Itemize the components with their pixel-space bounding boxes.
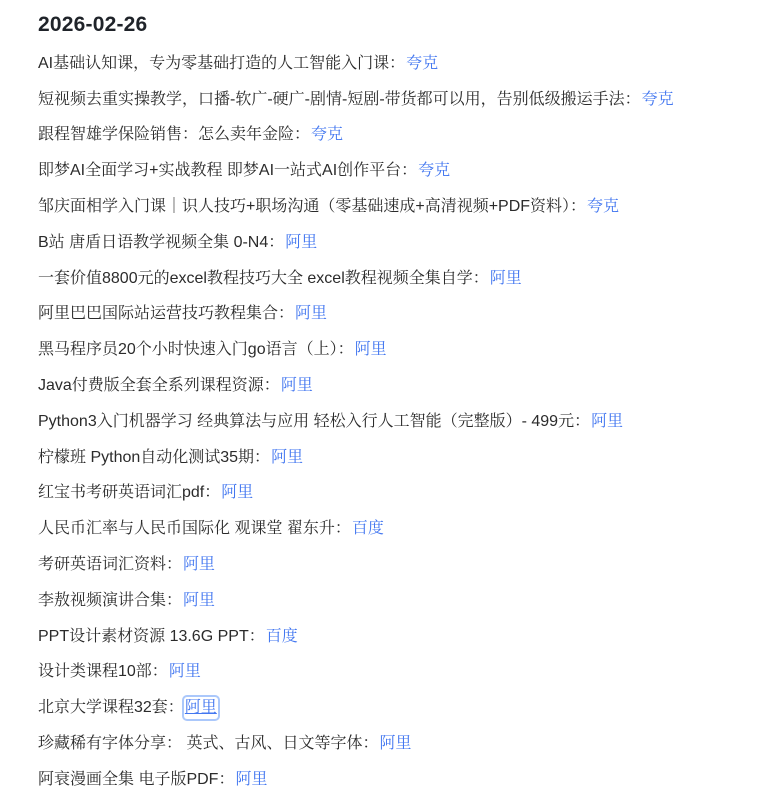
item-text: B站 唐盾日语教学视频全集 0-N4：	[38, 232, 284, 254]
item-link[interactable]: 夸克	[586, 196, 620, 218]
item-link[interactable]: 阿里	[182, 554, 216, 576]
item-text: 李敖视频演讲合集：	[38, 590, 182, 612]
list-item: Java付费版全套全系列课程资源：阿里	[38, 368, 747, 404]
list-item: Python3入门机器学习 经典算法与应用 轻松入行人工智能（完整版）- 499…	[38, 404, 747, 440]
item-text: Java付费版全套全系列课程资源：	[38, 375, 280, 397]
item-link[interactable]: 阿里	[354, 339, 388, 361]
item-text: AI基础认知课，专为零基础打造的人工智能入门课：	[38, 53, 405, 75]
list-item: 阿里巴巴国际站运营技巧教程集合：阿里	[38, 297, 747, 333]
item-text: 珍藏稀有字体分享： 英式、古风、日文等字体：	[38, 733, 378, 755]
item-text: Python3入门机器学习 经典算法与应用 轻松入行人工智能（完整版）- 499…	[38, 411, 590, 433]
item-text: 阿里巴巴国际站运营技巧教程集合：	[38, 303, 294, 325]
list-item: 阿衰漫画全集 电子版PDF：阿里	[38, 762, 747, 798]
list-item: 黑马程序员20个小时快速入门go语言（上）：阿里	[38, 332, 747, 368]
item-link[interactable]: 夸克	[405, 53, 439, 75]
item-text: 柠檬班 Python自动化测试35期：	[38, 447, 270, 469]
item-link[interactable]: 阿里	[184, 697, 218, 719]
item-link[interactable]: 阿里	[220, 482, 254, 504]
item-text: 跟程智雄学保险销售：怎么卖年金险：	[38, 124, 310, 146]
list-item: 人民币汇率与人民币国际化 观课堂 翟东升：百度	[38, 511, 747, 547]
item-link[interactable]: 夸克	[417, 160, 451, 182]
list-item: 跟程智雄学保险销售：怎么卖年金险：夸克	[38, 118, 747, 154]
item-link[interactable]: 阿里	[590, 411, 624, 433]
list-item: 考研英语词汇资料：阿里	[38, 547, 747, 583]
list-item: 邹庆面相学入门课｜识人技巧+职场沟通（零基础速成+高清视频+PDF资料）：夸克	[38, 189, 747, 225]
item-text: PPT设计素材资源 13.6G PPT：	[38, 626, 265, 648]
item-link[interactable]: 阿里	[234, 769, 268, 791]
item-link[interactable]: 阿里	[284, 232, 318, 254]
item-link[interactable]: 阿里	[294, 303, 328, 325]
item-link[interactable]: 阿里	[489, 268, 523, 290]
list-item: 红宝书考研英语词汇pdf：阿里	[38, 476, 747, 512]
item-text: 黑马程序员20个小时快速入门go语言（上）：	[38, 339, 354, 361]
item-link[interactable]: 阿里	[280, 375, 314, 397]
list-item: 即梦AI全面学习+实战教程 即梦AI一站式AI创作平台：夸克	[38, 153, 747, 189]
item-text: 考研英语词汇资料：	[38, 554, 182, 576]
list-item: 设计类课程10部：阿里	[38, 655, 747, 691]
item-link[interactable]: 阿里	[168, 661, 202, 683]
document-page: 2026-02-26 AI基础认知课，专为零基础打造的人工智能入门课：夸克 短视…	[0, 0, 777, 800]
list-item: 北京大学课程32套：阿里	[38, 690, 747, 726]
list-item: AI基础认知课，专为零基础打造的人工智能入门课：夸克	[38, 46, 747, 82]
item-text: 一套价值8800元的excel教程技巧大全 excel教程视频全集自学：	[38, 268, 489, 290]
item-text: 北京大学课程32套：	[38, 697, 184, 719]
list-item: 李敖视频演讲合集：阿里	[38, 583, 747, 619]
item-text: 人民币汇率与人民币国际化 观课堂 翟东升：	[38, 518, 351, 540]
item-text: 短视频去重实操教学，口播-软广-硬广-剧情-短剧-带货都可以用，告别低级搬运手法…	[38, 89, 641, 111]
item-text: 阿衰漫画全集 电子版PDF：	[38, 769, 234, 791]
item-text: 即梦AI全面学习+实战教程 即梦AI一站式AI创作平台：	[38, 160, 417, 182]
list-item: 珍藏稀有字体分享： 英式、古风、日文等字体：阿里	[38, 726, 747, 762]
item-text: 邹庆面相学入门课｜识人技巧+职场沟通（零基础速成+高清视频+PDF资料）：	[38, 196, 586, 218]
resource-list: AI基础认知课，专为零基础打造的人工智能入门课：夸克 短视频去重实操教学，口播-…	[38, 46, 747, 798]
list-item: B站 唐盾日语教学视频全集 0-N4：阿里	[38, 225, 747, 261]
item-link[interactable]: 夸克	[310, 124, 344, 146]
list-item: 短视频去重实操教学，口播-软广-硬广-剧情-短剧-带货都可以用，告别低级搬运手法…	[38, 82, 747, 118]
list-item: 柠檬班 Python自动化测试35期：阿里	[38, 440, 747, 476]
item-link[interactable]: 百度	[351, 518, 385, 540]
list-item: PPT设计素材资源 13.6G PPT：百度	[38, 619, 747, 655]
item-link[interactable]: 阿里	[182, 590, 216, 612]
item-link[interactable]: 阿里	[270, 447, 304, 469]
item-link[interactable]: 阿里	[378, 733, 412, 755]
item-link[interactable]: 夸克	[641, 89, 675, 111]
item-link[interactable]: 百度	[265, 626, 299, 648]
page-title: 2026-02-26	[38, 12, 747, 38]
item-text: 红宝书考研英语词汇pdf：	[38, 482, 220, 504]
list-item: 一套价值8800元的excel教程技巧大全 excel教程视频全集自学：阿里	[38, 261, 747, 297]
item-text: 设计类课程10部：	[38, 661, 168, 683]
